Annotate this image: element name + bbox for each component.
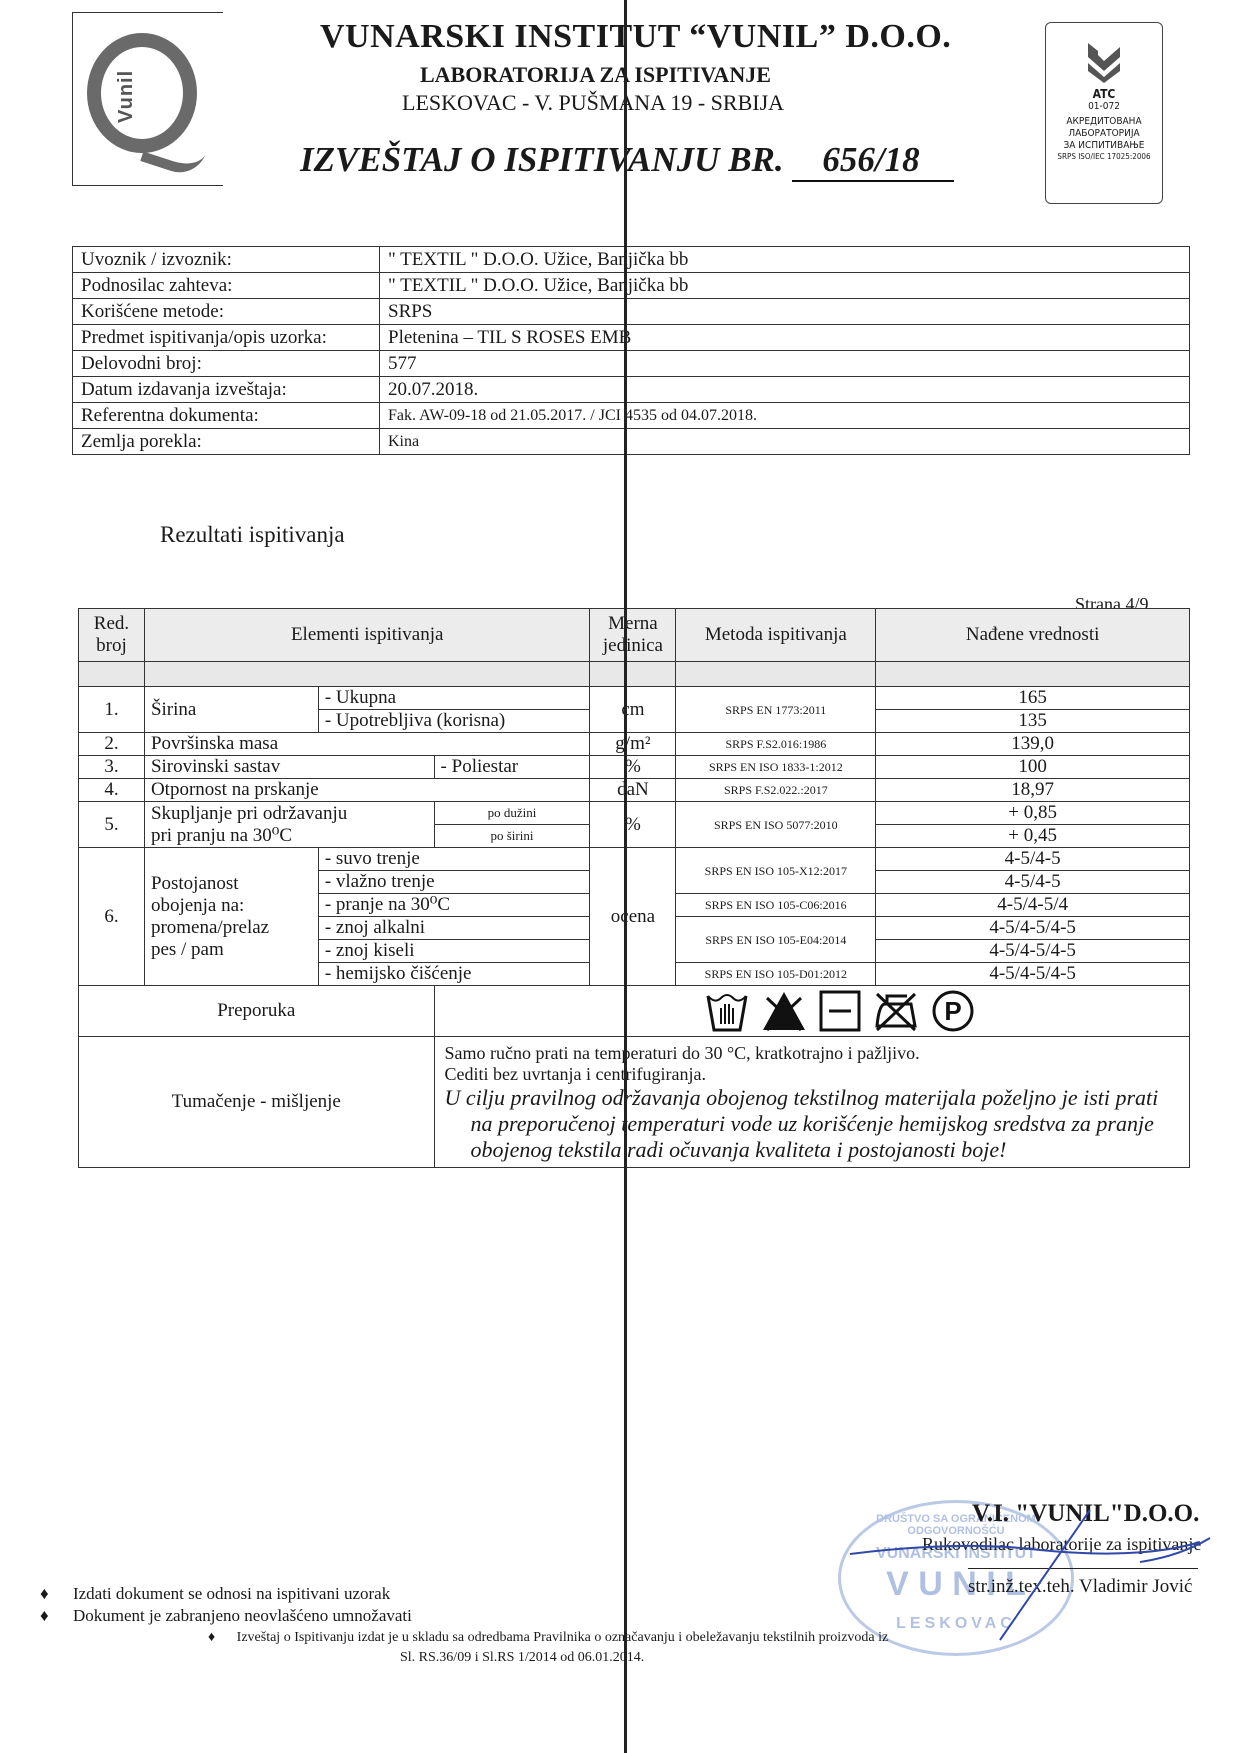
bullet-icon: ♦: [40, 1606, 49, 1625]
info-label: Predmet ispitivanja/opis uzorka:: [73, 325, 380, 351]
opinion-label: Tumačenje - mišljenje: [79, 1037, 435, 1168]
sub-element: - vlažno trenje: [318, 871, 590, 894]
svg-text:P: P: [944, 996, 961, 1026]
found-value: + 0,45: [876, 825, 1190, 848]
bullet-icon: ♦: [208, 1630, 215, 1645]
atc-standard: SRPS ISO/IEC 17025:2006: [1046, 152, 1162, 161]
unit: %: [590, 802, 676, 848]
q-logo-icon: [87, 33, 197, 153]
table-header-row: Red. broj Elementi ispitivanja Merna jed…: [79, 609, 1190, 662]
found-value: 4-5/4-5: [876, 871, 1190, 894]
method: SRPS EN ISO 105-E04:2014: [676, 917, 876, 963]
org-address: LESKOVAC - V. PUŠMANA 19 - SRBIJA: [402, 90, 784, 116]
handwritten-signature: [840, 1490, 1220, 1650]
recommendation-label: Preporuka: [79, 986, 435, 1037]
info-value: Kina: [380, 429, 1190, 455]
hand-wash-icon: [705, 990, 749, 1032]
method: SRPS F.S2.016:1986: [676, 733, 876, 756]
info-value: 20.07.2018.: [380, 377, 1190, 403]
unit: daN: [590, 779, 676, 802]
element-name-line: promena/prelaz: [151, 917, 312, 939]
opinion-line: Samo ručno prati na temperaturi do 30 °C…: [445, 1043, 1179, 1064]
row-number: 2.: [79, 733, 145, 756]
row-number: 3.: [79, 756, 145, 779]
table-row: 5. Skupljanje pri održavanju pri pranju …: [79, 802, 1190, 825]
method: SRPS EN ISO 105-D01:2012: [676, 963, 876, 986]
info-label: Datum izdavanja izveštaja:: [73, 377, 380, 403]
atc-chevron-icon: [1084, 33, 1124, 79]
sub-element: po širini: [434, 825, 590, 848]
opinion-row: Tumačenje - mišljenje Samo ručno prati n…: [79, 1037, 1190, 1168]
opinion-italic-line: obojenog tekstila radi očuvanja kvalitet…: [445, 1137, 1179, 1163]
info-row: Korišćene metode:SRPS: [73, 299, 1190, 325]
footer-note-cont: Sl. RS.36/09 i Sl.RS 1/2014 od 06.01.201…: [400, 1650, 644, 1666]
opinion-line: Cediti bez uvrtanja i centrifugiranja.: [445, 1064, 1179, 1085]
dry-clean-p-icon: P: [931, 989, 975, 1033]
atc-code: ATC: [1046, 87, 1162, 101]
sub-element: - znoj alkalni: [318, 917, 590, 940]
info-row: Delovodni broj:577: [73, 351, 1190, 377]
care-symbols: P: [434, 986, 1189, 1037]
sub-element: - Ukupna: [318, 687, 590, 710]
method: SRPS EN 1773:2011: [676, 687, 876, 733]
element-name: Površinska masa: [144, 733, 590, 756]
info-row: Datum izdavanja izveštaja:20.07.2018.: [73, 377, 1190, 403]
header-unit: Merna jedinica: [590, 609, 676, 662]
element-name-line: pes / pam: [151, 939, 312, 961]
table-row: 6. Postojanost obojenja na: promena/prel…: [79, 848, 1190, 871]
found-value: 4-5/4-5/4-5: [876, 963, 1190, 986]
report-number: 656/18: [792, 140, 953, 182]
atc-line1: АКРЕДИТОВАНА: [1046, 116, 1162, 128]
footer-note: ♦ Dokument je zabranjeno neovlašćeno umn…: [40, 1606, 412, 1626]
sub-element: - Upotrebljiva (korisna): [318, 710, 590, 733]
recommendation-row: Preporuka P: [79, 986, 1190, 1037]
header-values: Nađene vrednosti: [876, 609, 1190, 662]
row-number: 5.: [79, 802, 145, 848]
info-value: Fak. AW-09-18 od 21.05.2017. / JCI 4535 …: [380, 403, 1190, 429]
table-row: 1. Širina - Ukupna cm SRPS EN 1773:2011 …: [79, 687, 1190, 710]
found-value: 4-5/4-5/4-5: [876, 917, 1190, 940]
found-value: 4-5/4-5: [876, 848, 1190, 871]
row-number: 1.: [79, 687, 145, 733]
element-name-line: pri pranju na 30⁰C: [151, 825, 428, 847]
found-value: 100: [876, 756, 1190, 779]
element-name-line: Postojanost: [151, 873, 312, 895]
info-label: Korišćene metode:: [73, 299, 380, 325]
institute-logo: Vunil: [72, 12, 223, 186]
atc-number: 01-072: [1046, 101, 1162, 112]
shaded-band-row: [79, 662, 1190, 687]
sub-element: - hemijsko čišćenje: [318, 963, 590, 986]
atc-line3: ЗА ИСПИТИВАЊЕ: [1046, 140, 1162, 152]
info-row: Podnosilac zahteva:" TEXTIL " D.O.O. Uži…: [73, 273, 1190, 299]
unit: %: [590, 756, 676, 779]
org-name: VUNARSKI INSTITUT “VUNIL” D.O.O.: [320, 18, 951, 56]
opinion-italic-line: U cilju pravilnog održavanja obojenog te…: [445, 1085, 1179, 1111]
element-name: Skupljanje pri održavanju pri pranju na …: [144, 802, 434, 848]
header-method: Metoda ispitivanja: [676, 609, 876, 662]
found-value: 135: [876, 710, 1190, 733]
header-elements: Elementi ispitivanja: [144, 609, 590, 662]
table-row: 4. Otpornost na prskanje daN SRPS F.S2.0…: [79, 779, 1190, 802]
method: SRPS EN ISO 1833-1:2012: [676, 756, 876, 779]
row-number: 6.: [79, 848, 145, 986]
unit: cm: [590, 687, 676, 733]
no-iron-icon: [873, 990, 919, 1032]
info-row: Predmet ispitivanja/opis uzorka:Pletenin…: [73, 325, 1190, 351]
opinion-text: Samo ručno prati na temperaturi do 30 °C…: [434, 1037, 1189, 1168]
element-name-line: Skupljanje pri održavanju: [151, 803, 428, 825]
info-label: Zemlja porekla:: [73, 429, 380, 455]
info-row: Zemlja porekla:Kina: [73, 429, 1190, 455]
info-label: Uvoznik / izvoznik:: [73, 247, 380, 273]
table-row: 2. Površinska masa g/m² SRPS F.S2.016:19…: [79, 733, 1190, 756]
info-row: Uvoznik / izvoznik:" TEXTIL " D.O.O. Uži…: [73, 247, 1190, 273]
element-name: Postojanost obojenja na: promena/prelaz …: [144, 848, 318, 986]
lab-name: LABORATORIJA ZA ISPITIVANJE: [420, 62, 771, 88]
bullet-icon: ♦: [40, 1584, 49, 1603]
sample-info-table: Uvoznik / izvoznik:" TEXTIL " D.O.O. Uži…: [72, 246, 1190, 455]
opinion-italic-line: na preporučenoj temperaturi vode uz kori…: [445, 1111, 1179, 1137]
found-value: 4-5/4-5/4: [876, 894, 1190, 917]
method: SRPS EN ISO 105-X12:2017: [676, 848, 876, 894]
info-label: Delovodni broj:: [73, 351, 380, 377]
footer-note-text: Izveštaj o Ispitivanju izdat je u skladu…: [237, 1630, 889, 1645]
element-name: Sirovinski sastav: [144, 756, 434, 779]
report-title-text: IZVEŠTAJ O ISPITIVANJU BR.: [300, 140, 784, 179]
unit: ocena: [590, 848, 676, 986]
info-value: Pletenina – TIL S ROSES EMB: [380, 325, 1190, 351]
info-value: SRPS: [380, 299, 1190, 325]
sub-element: - znoj kiseli: [318, 940, 590, 963]
method: SRPS EN ISO 5077:2010: [676, 802, 876, 848]
footer-note: ♦ Izdati dokument se odnosi na ispitivan…: [40, 1584, 390, 1604]
info-row: Referentna dokumenta:Fak. AW-09-18 od 21…: [73, 403, 1190, 429]
sub-element: - suvo trenje: [318, 848, 590, 871]
info-label: Podnosilac zahteva:: [73, 273, 380, 299]
info-value: 577: [380, 351, 1190, 377]
method: SRPS F.S2.022.:2017: [676, 779, 876, 802]
element-name: Otpornost na prskanje: [144, 779, 590, 802]
accreditation-badge: ATC 01-072 АКРЕДИТОВАНА ЛАБОРАТОРИЈА ЗА …: [1045, 22, 1163, 204]
atc-line2: ЛАБОРАТОРИЈА: [1046, 128, 1162, 140]
element-name-line: obojenja na:: [151, 895, 312, 917]
info-value: " TEXTIL " D.O.O. Užice, Banjička bb: [380, 273, 1190, 299]
results-title: Rezultati ispitivanja: [160, 522, 345, 548]
header-no: Red. broj: [79, 609, 145, 662]
found-value: 139,0: [876, 733, 1190, 756]
found-value: + 0,85: [876, 802, 1190, 825]
footer-note: ♦ Izveštaj o Ispitivanju izdat je u skla…: [208, 1630, 888, 1646]
unit: g/m²: [590, 733, 676, 756]
sub-element: po dužini: [434, 802, 590, 825]
sub-element: - pranje na 30⁰C: [318, 894, 590, 917]
info-label: Referentna dokumenta:: [73, 403, 380, 429]
element-name: Širina: [144, 687, 318, 733]
footer-note-text: Izdati dokument se odnosi na ispitivani …: [73, 1584, 390, 1603]
sub-element: - Poliestar: [434, 756, 590, 779]
row-number: 4.: [79, 779, 145, 802]
found-value: 18,97: [876, 779, 1190, 802]
no-bleach-icon: [761, 990, 807, 1032]
results-table: Red. broj Elementi ispitivanja Merna jed…: [78, 608, 1190, 1168]
found-value: 4-5/4-5/4-5: [876, 940, 1190, 963]
logo-text: Vunil: [115, 70, 138, 123]
method: SRPS EN ISO 105-C06:2016: [676, 894, 876, 917]
found-value: 165: [876, 687, 1190, 710]
scan-artifact-line: [624, 0, 627, 1753]
info-value: " TEXTIL " D.O.O. Užice, Banjička bb: [380, 247, 1190, 273]
dry-flat-icon: [819, 990, 861, 1032]
table-row: 3. Sirovinski sastav - Poliestar % SRPS …: [79, 756, 1190, 779]
footer-note-text: Dokument je zabranjeno neovlašćeno umnož…: [73, 1606, 412, 1625]
